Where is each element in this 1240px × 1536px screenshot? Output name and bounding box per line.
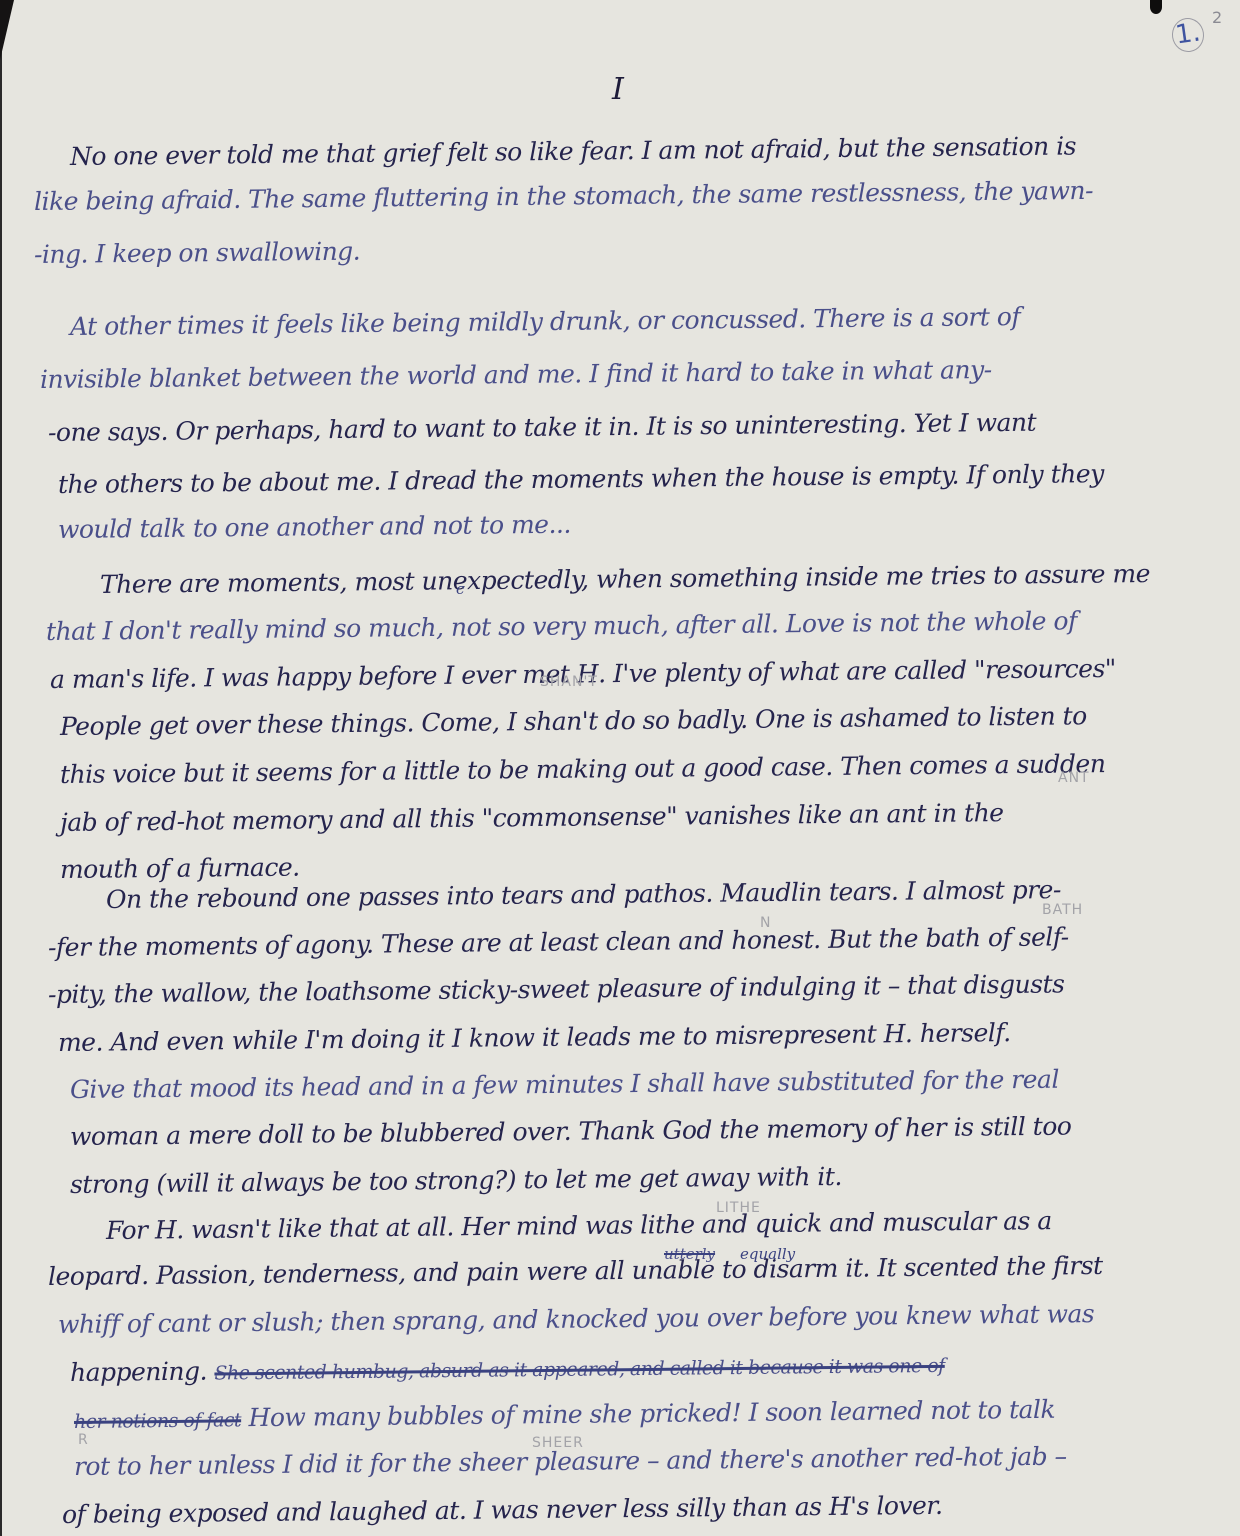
text-line: -ing. I keep on swallowing. bbox=[34, 237, 360, 269]
text-line: -fer the moments of agony. These are at … bbox=[48, 922, 1069, 962]
text-line: -pity, the wallow, the loathsome sticky-… bbox=[48, 969, 1065, 1009]
text-line: No one ever told me that grief felt so l… bbox=[70, 131, 1076, 171]
text-line: mouth of a furnace. bbox=[60, 852, 300, 884]
text-line: There are moments, most unexpectedly, wh… bbox=[100, 559, 1150, 599]
scan-corner-shadow bbox=[0, 0, 14, 60]
text-line: me. And even while I'm doing it I know i… bbox=[58, 1018, 1011, 1057]
pencil-annotation: ANT bbox=[1058, 770, 1090, 786]
scan-left-edge bbox=[0, 0, 2, 1536]
text-line: At other times it feels like being mildl… bbox=[70, 302, 1020, 341]
page-number: 1. bbox=[1170, 16, 1206, 54]
struck-text: her notions of fact bbox=[74, 1409, 241, 1433]
text-line: -one says. Or perhaps, hard to want to t… bbox=[48, 408, 1036, 447]
text-line: woman a mere doll to be blubbered over. … bbox=[70, 1112, 1072, 1151]
text-line: rot to her unless I did it for the sheer… bbox=[74, 1442, 1067, 1481]
text-line: her notions of fact How many bubbles of … bbox=[74, 1395, 1055, 1434]
strong-word: strong (will it always be too strong?) t… bbox=[70, 1162, 842, 1199]
chapter-heading: I bbox=[612, 72, 624, 107]
page-number-superscript: 2 bbox=[1212, 8, 1222, 27]
text-line: invisible blanket between the world and … bbox=[40, 355, 992, 394]
pencil-annotation: R bbox=[78, 1432, 89, 1448]
pencil-annotation: SHAN'T bbox=[540, 674, 598, 690]
ink-blot bbox=[1150, 0, 1162, 14]
pencil-annotation: BATH bbox=[1042, 902, 1083, 918]
text-line: the others to be about me. I dread the m… bbox=[58, 459, 1104, 499]
text-line: whiff of cant or slush; then sprang, and… bbox=[58, 1299, 1094, 1339]
text-line: strong (will it always be too strong?) t… bbox=[70, 1162, 842, 1199]
text-line: that I don't really mind so much, not so… bbox=[46, 606, 1077, 646]
text-line: For H. wasn't like that at all. Her mind… bbox=[106, 1206, 1052, 1245]
text-line: would talk to one another and not to me.… bbox=[58, 510, 571, 544]
text-line: People get over these things. Come, I sh… bbox=[60, 701, 1087, 741]
text-line: like being afraid. The same fluttering i… bbox=[34, 176, 1093, 216]
struck-text: She scented humbug, absurd as it appeare… bbox=[214, 1355, 945, 1385]
text-line: this voice but it seems for a little to … bbox=[60, 749, 1106, 789]
insertion-caret: c bbox=[456, 580, 464, 598]
text-line: jab of red-hot memory and all this "comm… bbox=[60, 798, 1004, 837]
text-line: happening. She scented humbug, absurd as… bbox=[70, 1349, 945, 1387]
text-line: Give that mood its head and in a few min… bbox=[70, 1065, 1059, 1104]
text-line: of being exposed and laughed at. I was n… bbox=[62, 1491, 943, 1529]
text-line: leopard. Passion, tenderness, and pain w… bbox=[48, 1251, 1103, 1291]
